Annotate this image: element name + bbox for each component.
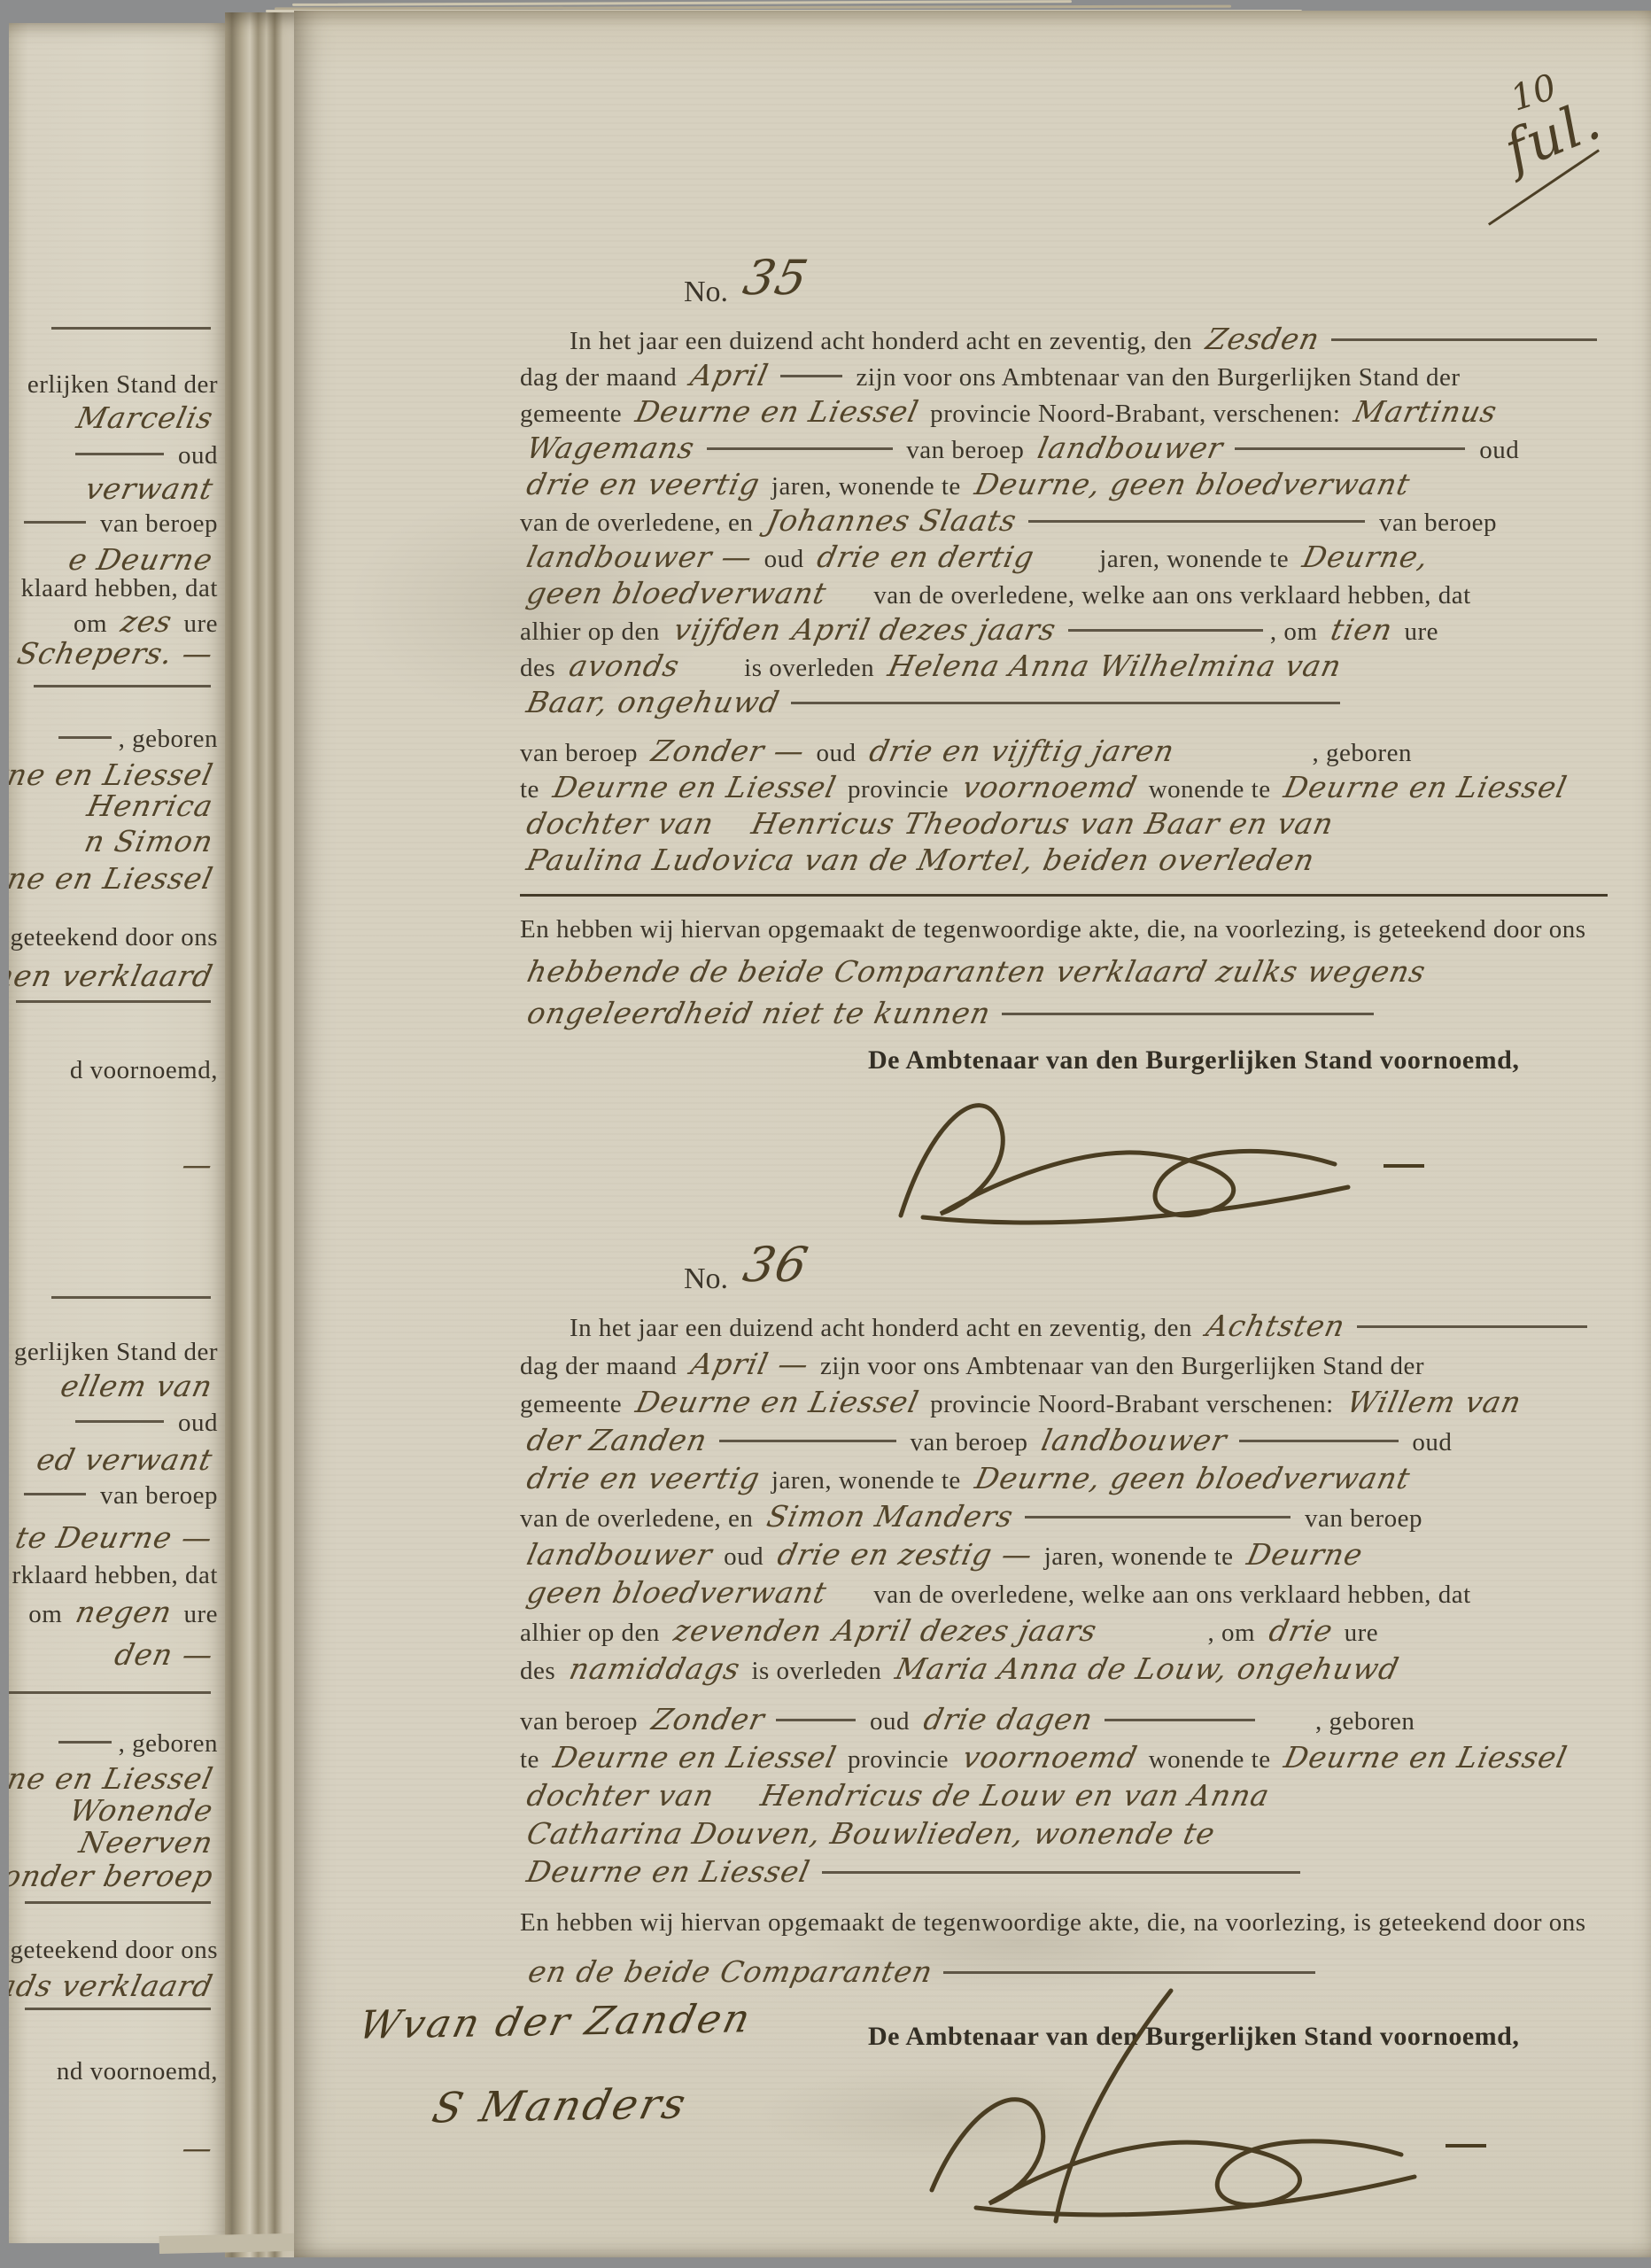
left-page-text-fragment: zonder beroep	[9, 1859, 218, 1893]
handwritten-text: Henrica	[84, 788, 216, 823]
printed-text: van de overledene, en	[520, 1504, 760, 1533]
handwritten-text: Achtsten	[1203, 1307, 1349, 1345]
handwritten-text: April dezes jaars	[789, 611, 1059, 648]
blank-filler-line	[51, 327, 211, 330]
left-page-text-fragment: eurne en Liessel	[9, 861, 218, 896]
act-closing-text: En hebben wij hiervan opgemaakt de tegen…	[520, 1898, 1608, 1997]
blank-filler-line	[719, 1440, 896, 1442]
printed-text: provincie	[841, 775, 956, 804]
act-number: No.36	[684, 1244, 803, 1300]
printed-text: van de overledene, welke aan ons verklaa…	[867, 1581, 1471, 1609]
printed-text: oud	[171, 441, 218, 470]
handwritten-text: ellem van	[58, 1369, 216, 1403]
act-text-line: Baar, ongehuwd	[520, 684, 1608, 720]
printed-text: nd voornoemd,	[57, 2057, 218, 2085]
handwritten-text: drie en zestig —	[774, 1535, 1036, 1573]
handwritten-text: Wonende	[66, 1793, 217, 1828]
act-text-line: ongeleerdheid niet te kunnen	[520, 992, 1608, 1034]
handwritten-text: Deurne en Liessel	[1281, 769, 1570, 805]
left-page-text-fragment: Neerven	[73, 1825, 218, 1860]
handwritten-text: Wagemans	[523, 430, 698, 466]
printed-text: zijn voor ons Ambtenaar van den Burgerli…	[849, 363, 1461, 392]
handwritten-text: Martinus	[1351, 393, 1500, 430]
left-page-text-fragment	[9, 999, 218, 1015]
blank-filler-line	[25, 1901, 211, 1904]
handwritten-text: zevenden	[670, 1612, 825, 1650]
act-text-line: drie en veertig jaren, wonende te Deurne…	[520, 466, 1608, 502]
printed-text: ure	[177, 1600, 218, 1628]
blank-filler-line	[707, 447, 893, 450]
act-text-line: dag der maand April zijn voor ons Ambten…	[520, 357, 1608, 393]
signature-dash	[1446, 2144, 1486, 2148]
act-text-line: landbouwer oud drie en zestig — jaren, w…	[520, 1535, 1608, 1573]
printed-text: oud	[171, 1409, 218, 1437]
blank-filler-line	[9, 1691, 211, 1694]
printed-text: om	[28, 1600, 69, 1628]
handwritten-text: vijfden	[670, 611, 785, 648]
blank-filler-line	[791, 702, 1340, 704]
act-text-line: landbouwer — oud drie en dertig jaren, w…	[520, 539, 1608, 575]
left-page-text-fragment	[27, 684, 218, 700]
left-page-text-fragment: Schepers. —	[11, 636, 218, 671]
act-text-line: Deurne en Liessel	[520, 1852, 1608, 1891]
left-page-text-fragment: Henrica	[81, 788, 218, 823]
act-text-line: Wagemans van beroep landbouwer oud	[520, 430, 1608, 466]
blank-filler-line	[25, 2008, 211, 2010]
printed-text: om	[74, 610, 114, 638]
handwritten-text: namiddags	[566, 1650, 744, 1688]
act-text-line: te Deurne en Liessel provincie voornoemd…	[520, 1738, 1608, 1776]
printed-text: In het jaar een duizend acht honderd ach…	[570, 327, 1199, 355]
left-page-text-fragment	[18, 2007, 218, 2023]
act-text-line: dochter van Hendricus de Louw en van Ann…	[520, 1776, 1608, 1814]
blank-filler-line	[1105, 1719, 1255, 1721]
printed-text: jaren, wonende te	[1037, 1542, 1240, 1571]
handwritten-text: Deurne, geen bloedverwant	[972, 466, 1414, 502]
printed-text: van beroep	[93, 1481, 218, 1510]
handwritten-text: Deurne en Liessel	[1281, 1738, 1571, 1776]
printed-text: d voornoemd,	[70, 1056, 218, 1084]
left-page-text-fragment: om negen ure	[28, 1595, 218, 1629]
printed-text: erlijken Stand der	[27, 370, 218, 399]
handwritten-text: n Simon	[81, 824, 217, 858]
printed-text: zijn voor ons Ambtenaar van den Burgerli…	[813, 1352, 1424, 1380]
act-text-line: In het jaar een duizend acht honderd ach…	[520, 321, 1608, 357]
handwritten-text: drie en dertig	[814, 539, 1038, 575]
act-text-line: des namiddags is overleden Maria Anna de…	[520, 1650, 1608, 1688]
printed-text: te	[520, 775, 546, 804]
handwritten-text: Deurne en Liessel	[632, 393, 922, 430]
registrar-caption: De Ambtenaar van den Burgerlijken Stand …	[868, 1045, 1519, 1076]
handwritten-text: Schepers. —	[14, 636, 217, 671]
left-page-text-fragment: oud	[68, 1409, 218, 1438]
left-page-text-fragment: —	[175, 2131, 218, 2165]
left-page-text-fragment: e Deurne	[62, 542, 218, 577]
left-page-text-fragment: eurne en Liessel	[9, 757, 218, 792]
handwritten-text: —	[179, 2131, 216, 2165]
printed-text: s geteekend door ons	[9, 1936, 218, 1964]
printed-text: van beroep	[1298, 1504, 1422, 1533]
printed-text: provincie Noord-Brabant, verschenen:	[923, 400, 1347, 428]
binding-fold	[225, 12, 294, 2257]
blank-filler-line	[24, 1493, 86, 1495]
handwritten-text: Zesden	[1203, 321, 1323, 357]
blank-filler-line	[24, 521, 86, 524]
handwritten-text: verwant	[82, 471, 217, 506]
printed-text: is overleden	[745, 1657, 888, 1685]
handwritten-text: hebbende de beide Comparanten verklaard …	[523, 951, 1430, 992]
act-text-line: te Deurne en Liessel provincie voornoemd…	[520, 769, 1608, 805]
act-closing-text: En hebben wij hiervan opgemaakt de tegen…	[520, 909, 1608, 1034]
printed-text: wonende te	[1142, 775, 1277, 804]
scanned-register-spread: erlijken Stand derMarcelis oudverwant va…	[0, 0, 1651, 2268]
printed-text: van de overledene, welke aan ons verklaa…	[867, 581, 1471, 610]
blank-filler-line	[780, 375, 842, 377]
left-page-text-fragment: klaard hebben, dat	[21, 574, 218, 603]
printed-text: van beroep	[903, 1428, 1035, 1456]
left-page-text-fragment: geteekend door ons	[11, 923, 219, 952]
handwritten-text: Neerven	[76, 1825, 216, 1860]
blank-filler-line	[58, 736, 112, 739]
left-page-text-fragment	[18, 1900, 218, 1916]
handwritten-text: April dezes jaars	[830, 1612, 1101, 1650]
handwritten-text: Helena Anna Wilhelmina van	[885, 648, 1345, 684]
printed-text: ure	[1337, 1619, 1378, 1647]
printed-text: van beroep	[520, 1707, 645, 1736]
handwritten-text: Paulina Ludovica van de Mortel, beiden o…	[523, 842, 1318, 878]
act-text-line: alhier op den vijfden April dezes jaars …	[520, 611, 1608, 648]
printed-text: In het jaar een duizend acht honderd ach…	[570, 1314, 1199, 1342]
printed-text: is overleden	[737, 654, 880, 682]
left-page-text-fragment: gerlijken Stand der	[14, 1338, 218, 1367]
handwritten-text: landbouwer —	[523, 539, 756, 575]
printed-text: te	[520, 1745, 546, 1774]
act-text-line: en de beide Comparanten	[520, 1947, 1608, 1997]
handwritten-text: Zonder —	[648, 733, 809, 769]
act-text-line: En hebben wij hiervan opgemaakt de tegen…	[520, 909, 1608, 951]
printed-text: oud	[810, 739, 864, 767]
printed-text: En hebben wij hiervan opgemaakt de tegen…	[520, 915, 1586, 944]
handwritten-text: eurne en Liessel	[9, 757, 216, 792]
blank-filler-line	[943, 1971, 1315, 1974]
printed-text: jaren, wonende te	[764, 472, 967, 501]
printed-text: jaren, wonende te	[1093, 545, 1296, 573]
printed-text: van beroep	[900, 436, 1032, 464]
handwritten-text: ed verwant	[34, 1442, 216, 1477]
blank-filler-line	[1357, 1325, 1587, 1328]
printed-text: gemeente	[520, 1390, 629, 1418]
handwritten-text: tien	[1328, 611, 1396, 648]
handwritten-text: den —	[112, 1637, 217, 1672]
act-text-line: En hebben wij hiervan opgemaakt de tegen…	[520, 1898, 1608, 1947]
handwritten-text: April —	[687, 1345, 812, 1383]
act-text-line: dag der maand April — zijn voor ons Ambt…	[520, 1345, 1608, 1383]
act-text-line: gemeente Deurne en Liessel provincie Noo…	[520, 393, 1608, 430]
handwritten-text: dochter van	[523, 805, 717, 842]
handwritten-text: te Deurne —	[12, 1520, 216, 1555]
registrar-signature-flourish	[879, 2044, 1446, 2230]
printed-text: , om	[1208, 1619, 1262, 1647]
handwritten-text: Deurne en Liessel	[632, 1383, 923, 1421]
act-body-text: In het jaar een duizend acht honderd ach…	[520, 321, 1608, 897]
act-text-line: van de overledene, en Simon Manders van …	[520, 1497, 1608, 1535]
handwritten-text: voornoemd	[959, 769, 1141, 805]
left-page-text-fragment: —	[175, 1147, 218, 1182]
handwritten-text: Johannes Slaats	[763, 502, 1020, 539]
handwritten-text: avonds	[566, 648, 683, 684]
left-page-text-fragment: Marcelis	[70, 400, 218, 435]
printed-text: des	[520, 1657, 562, 1685]
handwritten-text: Deurne en Liessel	[550, 769, 840, 805]
printed-text: oud	[717, 1542, 771, 1571]
printed-text: van beroep	[1372, 509, 1497, 537]
blank-filler-line	[776, 1719, 856, 1721]
left-page-text-fragment: van beroep	[17, 1481, 218, 1511]
signature-dash	[1384, 1164, 1424, 1168]
handwritten-text: ongeleerdheid niet te kunnen	[523, 992, 995, 1034]
handwritten-text: Deurne, geen bloedverwant	[972, 1459, 1414, 1497]
handwritten-text: Deurne en Liessel	[550, 1738, 841, 1776]
handwritten-text: eurne en Liessel	[9, 1761, 216, 1796]
handwritten-text: drie dagen	[920, 1700, 1097, 1738]
handwritten-text: ads verklaard	[9, 1969, 216, 2003]
handwritten-text: Baar, ongehuwd	[523, 684, 783, 720]
left-page-text-fragment: oud	[68, 441, 218, 470]
printed-text: oud	[757, 545, 811, 573]
left-page-text-fragment: ads verklaard	[9, 1969, 218, 2003]
handwritten-text: en de beide Comparanten	[523, 1947, 938, 1997]
handwritten-text: landbouwer	[523, 1535, 717, 1573]
handwritten-text: drie en vijftig jaren	[866, 733, 1178, 769]
handwritten-text: Deurne en Liessel	[523, 1852, 814, 1891]
printed-text: wonende te	[1142, 1745, 1277, 1774]
act-number-value: 36	[739, 1237, 813, 1293]
left-page-text-fragment: om zes ure	[74, 604, 218, 639]
handwritten-text: Willem van	[1344, 1383, 1525, 1421]
act-text-line: dochter van Henricus Theodorus van Baar …	[520, 805, 1608, 842]
handwritten-text: Deurne,	[1299, 539, 1432, 575]
blank-filler-line	[58, 1741, 112, 1744]
act-text-line: Catharina Douven, Bouwlieden, wonende te	[520, 1814, 1608, 1852]
printed-text: En hebben wij hiervan opgemaakt de tegen…	[520, 1908, 1586, 1937]
act-body-text: In het jaar een duizend acht honderd ach…	[520, 1307, 1608, 1891]
act-text-line: van beroep Zonder — oud drie en vijftig …	[520, 733, 1608, 769]
left-page-text-fragment	[44, 1295, 218, 1311]
left-page-text-fragment: amen verklaard	[9, 959, 218, 993]
printed-text: klaard hebben, dat	[21, 574, 218, 602]
printed-text: jaren, wonende te	[764, 1466, 967, 1495]
printed-text: oud	[863, 1707, 917, 1736]
printed-text: alhier op den	[520, 617, 667, 646]
handwritten-text: zes	[118, 604, 175, 639]
handwritten-text: amen verklaard	[9, 959, 216, 993]
blank-filler-line	[75, 453, 164, 455]
handwritten-text: geen bloedverwant	[523, 575, 830, 611]
blank-filler-line	[1239, 1440, 1399, 1442]
handwritten-text: drie en veertig	[523, 466, 763, 502]
witness-signature-van-der-zanden: Wvan der Zanden	[354, 1996, 756, 2048]
blank-filler-line	[822, 1871, 1300, 1874]
handwritten-text: e Deurne	[66, 542, 216, 577]
act-text-line: hebbende de beide Comparanten verklaard …	[520, 951, 1608, 992]
blank-filler-line	[34, 685, 211, 687]
left-page-text-fragment: den —	[108, 1637, 218, 1672]
printed-text: alhier op den	[520, 1619, 667, 1647]
handwritten-text: drie en veertig	[523, 1459, 763, 1497]
register-page: 10 ful. No.35 In het jaar een duizend ac…	[294, 11, 1651, 2257]
printed-text: , geboren	[119, 725, 218, 753]
printed-text: , geboren	[1313, 739, 1412, 767]
left-page-text-fragment: s geteekend door ons	[9, 1936, 218, 1965]
registrar-signature-flourish	[817, 1083, 1366, 1224]
blank-filler-line	[1331, 338, 1597, 341]
witness-signature-manders: S Manders	[428, 2080, 693, 2133]
act-text-line: der Zanden van beroep landbouwer oud	[520, 1421, 1608, 1459]
printed-text: van beroep	[520, 739, 645, 767]
handwritten-text: Henricus Theodorus van Baar en van	[748, 805, 1337, 842]
left-page-text-fragment	[9, 1690, 218, 1706]
act-text-line: Paulina Ludovica van de Mortel, beiden o…	[520, 842, 1608, 878]
left-page-text-fragment	[44, 326, 218, 342]
printed-text: gemeente	[520, 400, 629, 428]
blank-filler-line	[1028, 520, 1365, 523]
act-text-line: van de overledene, en Johannes Slaats va…	[520, 502, 1608, 539]
handwritten-text: Marcelis	[74, 400, 217, 435]
act-text-line: des avonds is overleden Helena Anna Wilh…	[520, 648, 1608, 684]
blank-filler-line	[16, 1000, 211, 1003]
printed-text: dag der maand	[520, 1352, 684, 1380]
printed-text: ure	[177, 610, 218, 638]
act-number-label: No.	[684, 1262, 728, 1295]
act-text-line: alhier op den zevenden April dezes jaars…	[520, 1612, 1608, 1650]
left-page-text-fragment: eurne en Liessel	[9, 1761, 218, 1796]
printed-text: gerlijken Stand der	[14, 1338, 218, 1366]
act-text-line: geen bloedverwant van de overledene, wel…	[520, 575, 1608, 611]
printed-text: van de overledene, en	[520, 509, 760, 537]
left-page-text-fragment: , geboren	[51, 1729, 218, 1759]
blank-filler-line	[75, 1420, 164, 1423]
act-number: No.35	[684, 257, 803, 313]
previous-page-edge: erlijken Stand derMarcelis oudverwant va…	[9, 23, 225, 2243]
blank-filler-line	[1025, 1516, 1291, 1518]
printed-text: , geboren	[119, 1729, 218, 1758]
left-page-text-fragment: nd voornoemd,	[57, 2057, 218, 2086]
printed-text: dag der maand	[520, 363, 684, 392]
act-text-line: In het jaar een duizend acht honderd ach…	[520, 1307, 1608, 1345]
left-page-text-fragment: ed verwant	[30, 1442, 218, 1477]
folio-annotation: 10 ful.	[1469, 73, 1619, 232]
handwritten-text: voornoemd	[959, 1738, 1141, 1776]
printed-text: oud	[1472, 436, 1519, 464]
left-page-text-fragment: erlijken Stand der	[27, 370, 218, 400]
handwritten-text: landbouwer	[1035, 430, 1227, 466]
printed-text: oud	[1406, 1428, 1453, 1456]
left-page-text-fragment: , geboren	[51, 725, 218, 754]
blank-filler-line	[1068, 629, 1263, 632]
left-page-text-fragment: d voornoemd,	[70, 1056, 218, 1085]
handwritten-text: Simon Manders	[763, 1497, 1017, 1535]
printed-text: , geboren	[1315, 1707, 1415, 1736]
handwritten-text: Deurne	[1244, 1535, 1367, 1573]
printed-text: provincie	[841, 1745, 956, 1774]
act-number-label: No.	[684, 276, 728, 308]
printed-text: ure	[1398, 617, 1438, 646]
act-text-line: gemeente Deurne en Liessel provincie Noo…	[520, 1383, 1608, 1421]
blank-filler-line	[1002, 1013, 1374, 1015]
act-text-line: van beroep Zonder oud drie dagen , gebor…	[520, 1700, 1608, 1738]
handwritten-text: landbouwer	[1038, 1421, 1231, 1459]
handwritten-text: Hendricus de Louw en van Anna	[757, 1776, 1274, 1814]
act-number-value: 35	[739, 250, 813, 306]
handwritten-text: dochter van	[523, 1776, 717, 1814]
handwritten-text: der Zanden	[523, 1421, 711, 1459]
ruled-separator	[520, 894, 1608, 897]
handwritten-text: eurne en Liessel	[9, 861, 216, 896]
handwritten-text: zonder beroep	[9, 1859, 216, 1893]
handwritten-text: Maria Anna de Louw, ongehuwd	[892, 1650, 1403, 1688]
printed-text: provincie Noord-Brabant verschenen:	[923, 1390, 1340, 1418]
act-text-line: drie en veertig jaren, wonende te Deurne…	[520, 1459, 1608, 1497]
left-page-text-fragment: rklaard hebben, dat	[12, 1561, 218, 1590]
left-page-text-fragment: n Simon	[78, 824, 218, 858]
printed-text: geteekend door ons	[11, 923, 219, 951]
printed-text: van beroep	[93, 509, 218, 538]
left-page-text-fragment: Wonende	[63, 1793, 218, 1828]
handwritten-text: —	[179, 1147, 216, 1182]
handwritten-text: geen bloedverwant	[523, 1573, 831, 1612]
handwritten-text: negen	[73, 1595, 175, 1629]
handwritten-text: drie	[1266, 1612, 1337, 1650]
handwritten-text: Catharina Douven, Bouwlieden, wonende te	[523, 1814, 1219, 1852]
printed-text: rklaard hebben, dat	[12, 1561, 218, 1589]
handwritten-text: April	[687, 357, 772, 393]
printed-text: des	[520, 654, 562, 682]
handwritten-text: Zonder	[648, 1700, 769, 1738]
left-page-text-fragment: van beroep	[17, 509, 218, 539]
left-page-text-fragment: verwant	[79, 471, 218, 506]
blank-filler-line	[51, 1296, 211, 1299]
printed-text: , om	[1270, 617, 1324, 646]
act-text-line: geen bloedverwant van de overledene, wel…	[520, 1573, 1608, 1612]
blank-filler-line	[1235, 447, 1465, 450]
left-page-text-fragment: ellem van	[54, 1369, 218, 1403]
left-page-text-fragment: te Deurne —	[9, 1520, 218, 1555]
